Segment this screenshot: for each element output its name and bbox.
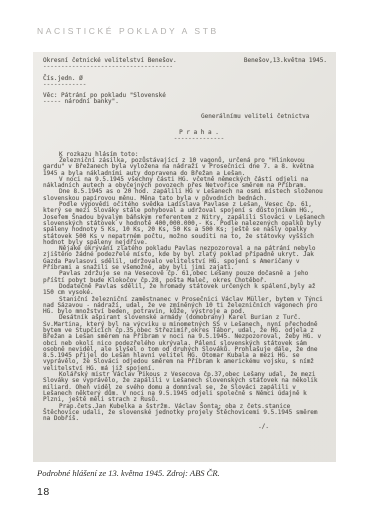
ref-number-underline: ------------ xyxy=(43,82,327,88)
letterhead-date: Benešov,13.května 1945. xyxy=(244,58,327,64)
document-paragraph: Staniční železniční zaměstnanec v Proseč… xyxy=(43,297,327,316)
addressee: Generálnímu veliteli četnictva xyxy=(201,114,327,120)
document-paragraph: Podle výpovědi očitého svědka Ladislava … xyxy=(43,202,327,246)
subject-line-2: ----- národní banky". xyxy=(43,99,327,105)
figure-caption: Podrobné hlášení ze 13. května 1945. Zdr… xyxy=(37,468,220,478)
end-mark: ./. xyxy=(43,424,327,430)
letterhead-office-underline: ------------------------------------ xyxy=(43,64,177,70)
ref-number-block: Čís.jedn. Ø ------------ xyxy=(43,76,327,89)
document-paragraph: Kolářský mistr Václav Pikous z Vesecova … xyxy=(43,372,327,403)
document-paragraph: Desátník ašpirant slovenské armády (domo… xyxy=(43,315,327,372)
scanned-document: Okresní četnické velitelství Benešov. --… xyxy=(33,52,336,462)
city-block: P r a h a . -------------- xyxy=(43,130,327,143)
page-number: 18 xyxy=(37,486,50,498)
document-paragraph: Železniční zásilka, pozůstávající z 10 v… xyxy=(43,158,327,177)
letterhead-office-block: Okresní četnické velitelství Benešov. --… xyxy=(43,58,177,71)
letterhead-row: Okresní četnické velitelství Benešov. --… xyxy=(43,58,327,71)
document-paragraph: Dodatečně Pavlas sdělil, že hromady stát… xyxy=(43,284,327,297)
document-paragraph: Prap.čets.Jan Kubelka a šstržm. Václav Š… xyxy=(43,404,327,423)
document-paragraph: Nějaké úkrývání zlatého pokladu Pavlas n… xyxy=(43,246,327,271)
city-underline: -------------- xyxy=(71,136,327,142)
document-body: K rozkazu hlásím toto:Železniční zásilka… xyxy=(43,152,327,423)
book-chapter-header: NACISTICKÉ POKLADY A STB xyxy=(37,26,219,36)
subject-block: Věc: Pátrání po pokladu "Slovenské -----… xyxy=(43,93,327,106)
